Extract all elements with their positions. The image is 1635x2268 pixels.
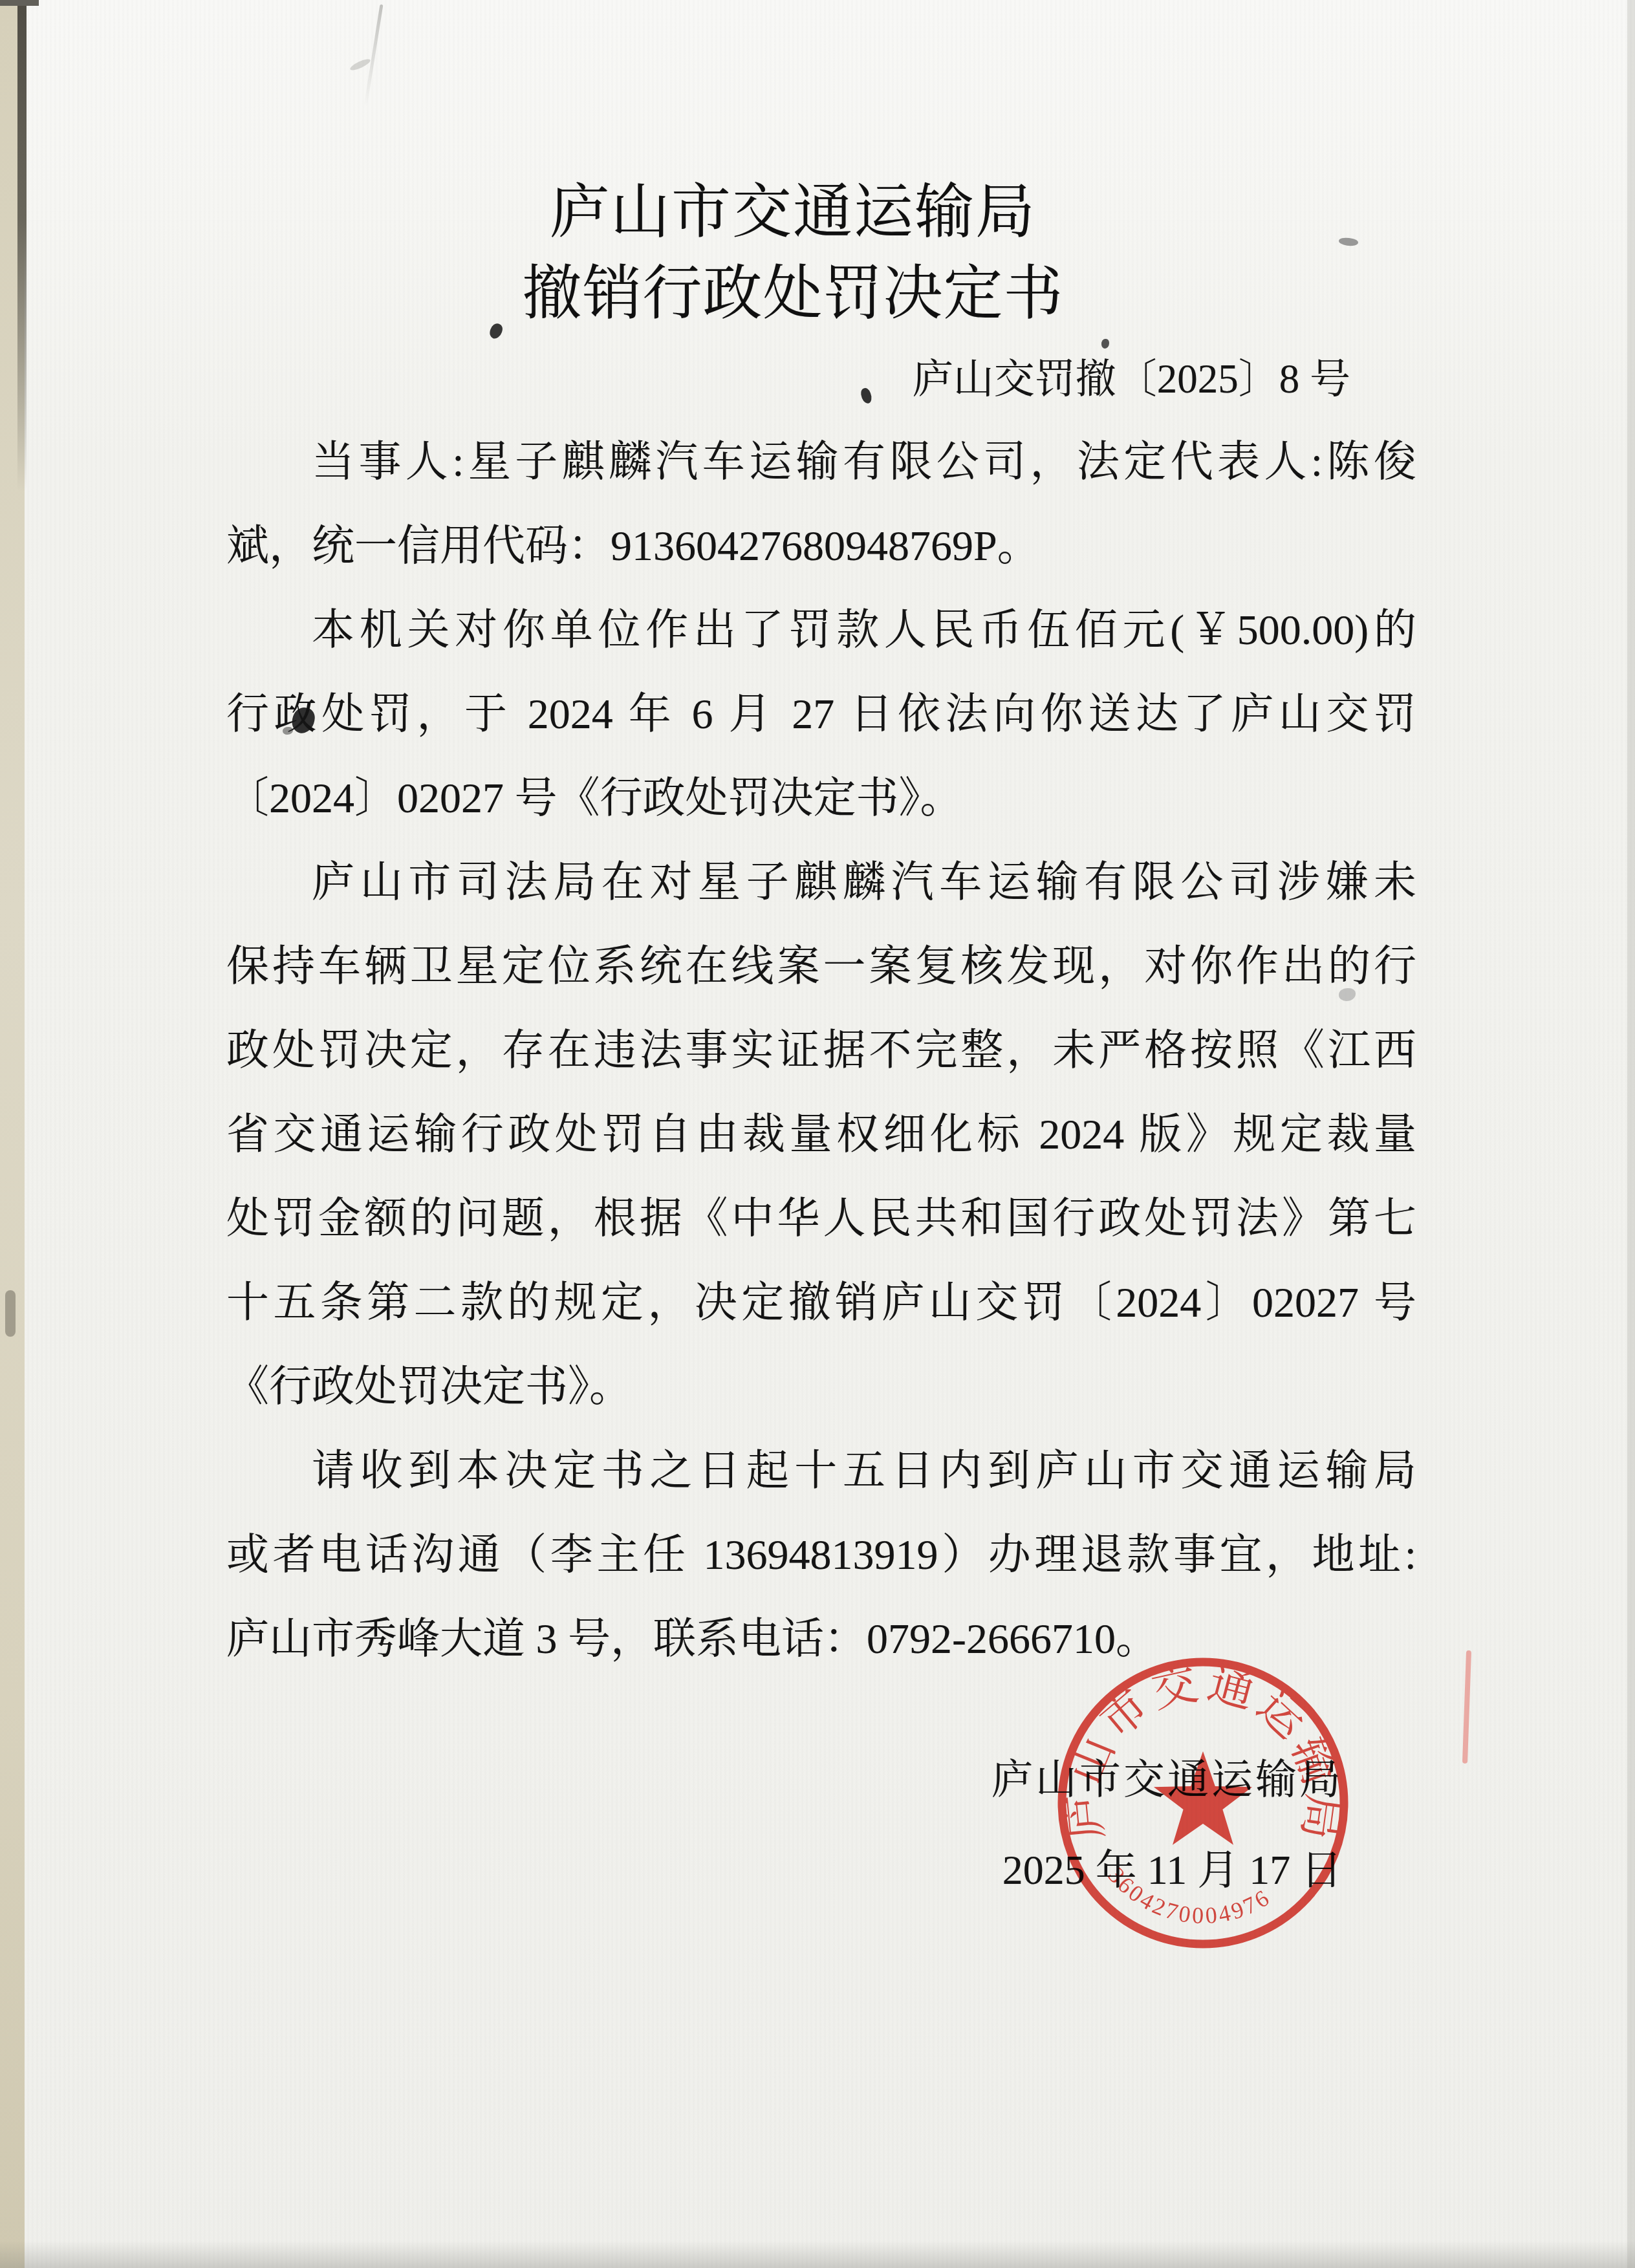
body-line: 省交通运输行政处罚自由裁量权细化标 2024 版》规定裁量 xyxy=(226,1093,1416,1177)
body-line: 十五条第二款的规定，决定撤销庐山交罚〔2024〕02027 号 xyxy=(226,1261,1416,1345)
official-seal: 庐山市交通运输局 3604270004976 xyxy=(1057,1657,1349,1949)
scan-bottom-shadow xyxy=(0,2241,1635,2268)
paper-crease xyxy=(349,57,371,72)
scanned-document-page: 庐山市交通运输局 撤销行政处罚决定书 庐山交罚撤〔2025〕8 号 当事人:星子… xyxy=(0,0,1635,2268)
document-content: 庐山市交通运输局 撤销行政处罚决定书 庐山交罚撤〔2025〕8 号 当事人:星子… xyxy=(226,173,1416,1681)
body-line: 庐山市司法局在对星子麒麟汽车运输有限公司涉嫌未 xyxy=(226,841,1416,925)
scan-edge-line xyxy=(17,0,27,491)
body-line: 当事人:星子麒麟汽车运输有限公司，法定代表人:陈俊 xyxy=(226,420,1416,504)
body-line: 政处罚决定，存在违法事实证据不完整，未严格按照《江西 xyxy=(226,1009,1416,1093)
seal-ink-streak xyxy=(1462,1650,1471,1764)
scan-right-shadow xyxy=(1627,0,1635,2268)
title-line-2: 撤销行政处罚决定书 xyxy=(226,255,1416,332)
body-line: 行政处罚，于 2024 年 6 月 27 日依法向你送达了庐山交罚 xyxy=(226,673,1416,757)
body-line: 《行政处罚决定书》。 xyxy=(226,1345,1416,1429)
scan-corner-mark xyxy=(0,0,39,6)
body-line: 本机关对你单位作出了罚款人民币伍佰元(￥500.00)的 xyxy=(226,589,1416,673)
body-line: 〔2024〕02027 号《行政处罚决定书》。 xyxy=(226,757,1416,841)
body-line: 请收到本决定书之日起十五日内到庐山市交通运输局 xyxy=(226,1429,1416,1513)
body-line: 保持车辆卫星定位系统在线案一案复核发现，对你作出的行 xyxy=(226,925,1416,1009)
paper-crease xyxy=(364,5,384,107)
body-line: 或者电话沟通（李主任 13694813919）办理退款事宜，地址: xyxy=(226,1513,1416,1597)
body-text: 当事人:星子麒麟汽车运输有限公司，法定代表人:陈俊 斌，统一信用代码：91360… xyxy=(226,420,1416,1681)
doc-number: 庐山交罚撤〔2025〕8 号 xyxy=(226,348,1416,410)
title-line-1: 庐山市交通运输局 xyxy=(226,173,1416,251)
star-icon xyxy=(1154,1751,1252,1845)
body-line: 处罚金额的问题，根据《中华人民共和国行政处罚法》第七 xyxy=(226,1177,1416,1261)
scan-smear xyxy=(5,1290,16,1337)
body-line: 斌，统一信用代码：91360427680948769P。 xyxy=(226,504,1416,589)
